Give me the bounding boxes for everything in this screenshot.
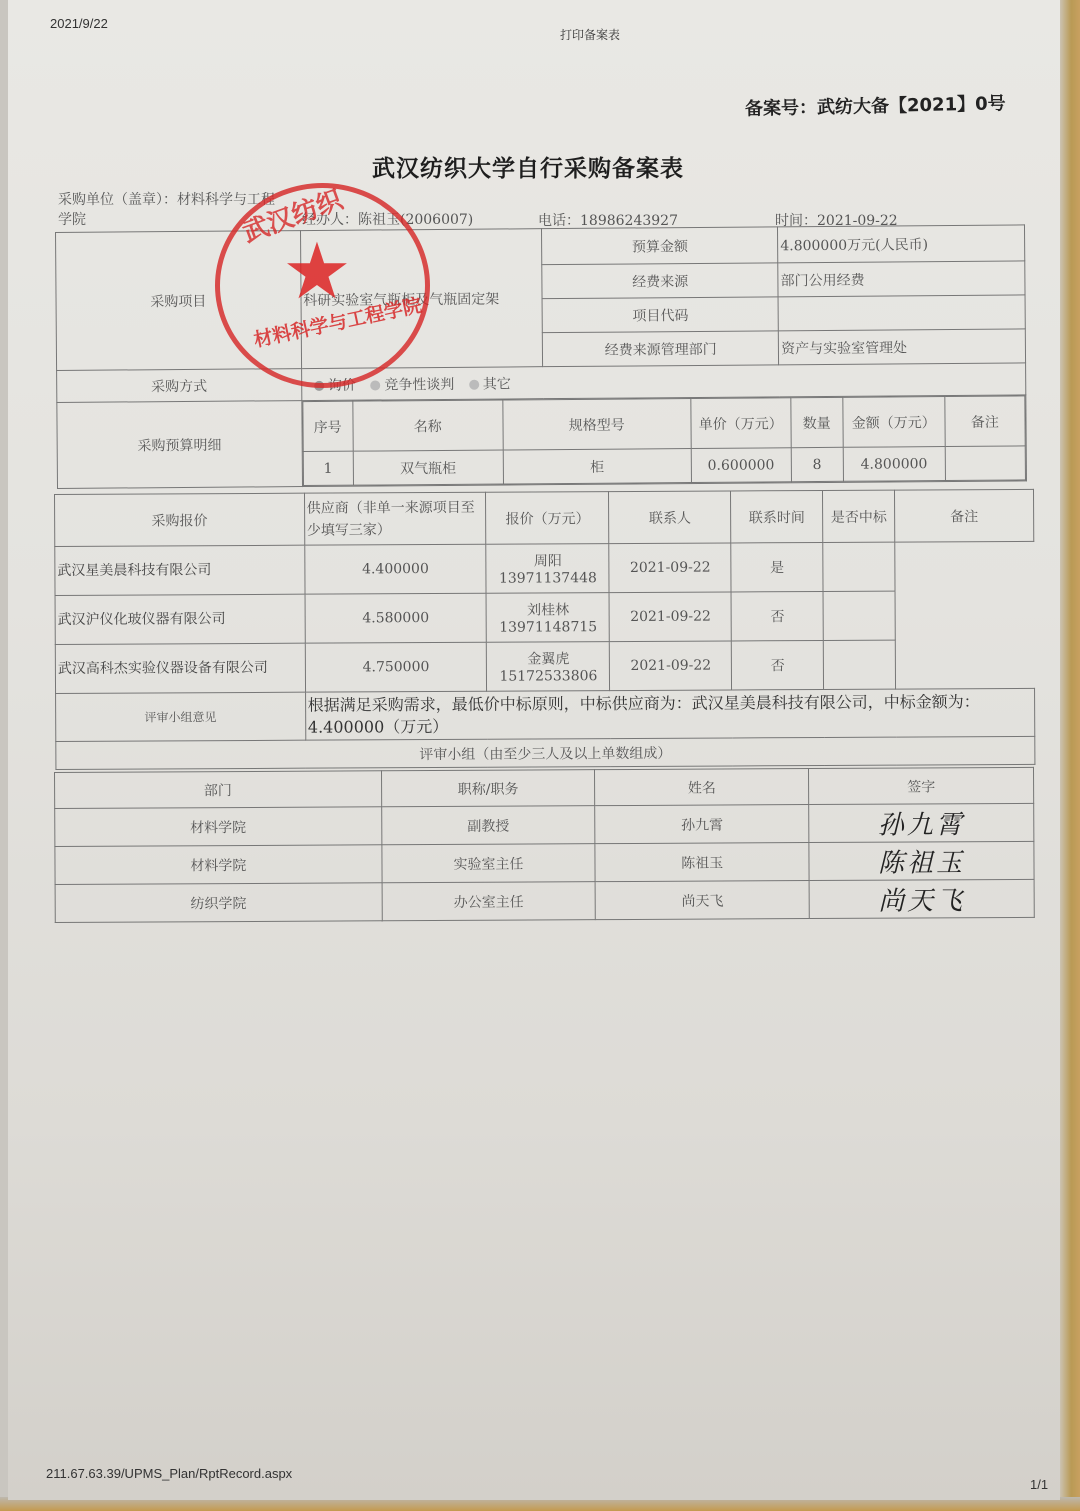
contact-phone: 15172533806 — [489, 668, 607, 685]
supplier-name: 武汉高科杰实验仪器设备有限公司 — [55, 643, 305, 693]
quote-price: 4.400000 — [304, 544, 486, 594]
budget-header: 名称 — [353, 400, 503, 451]
winner-flag: 是 — [731, 542, 823, 591]
quote-row: 武汉沪仪化玻仪器有限公司4.580000刘桂林139711487152021-0… — [55, 590, 1034, 644]
contact-date: 2021-09-22 — [609, 592, 731, 642]
budget-row: 1双气瓶柜柜0.60000084.800000 — [303, 446, 1026, 486]
desk-edge — [1058, 0, 1080, 1511]
panel-title-cell: 实验室主任 — [382, 844, 596, 883]
budget-cell: 柜 — [503, 449, 691, 484]
quote-price: 4.580000 — [305, 593, 487, 643]
file-number: 备案号：武纺大备【2021】0号 — [745, 89, 1006, 120]
radio-label: 其它 — [483, 376, 511, 392]
field-value: 部门公用经费 — [778, 261, 1025, 297]
budget-cell: 双气瓶柜 — [353, 450, 503, 485]
radio-inquiry[interactable] — [314, 380, 324, 390]
panel-header: 姓名 — [595, 769, 809, 806]
quote-header: 联系人 — [609, 491, 731, 544]
quote-header: 是否中标 — [823, 490, 895, 542]
panel-name: 尚天飞 — [596, 881, 810, 920]
field-value — [778, 295, 1025, 331]
signature: 陈祖玉 — [809, 841, 1034, 880]
contact-phone: 13971137448 — [489, 570, 607, 587]
radio-label: 竞争性谈判 — [384, 376, 454, 393]
page-number: 1/1 — [1030, 1477, 1048, 1492]
handler: 经办人：陈祖玉(2006007) — [302, 209, 473, 229]
panel-row: 材料学院副教授孙九霄孙九霄 — [55, 803, 1034, 846]
opinion-text: 根据满足采购需求，最低价中标原则，中标供应商为：武汉星美晨科技有限公司，中标金额… — [305, 688, 1035, 740]
budget-cell: 4.800000 — [843, 447, 945, 482]
budget-cell — [945, 446, 1026, 481]
panel-title: 评审小组（由至少三人及以上单数组成） — [56, 736, 1035, 769]
field-label: 经费来源管理部门 — [543, 331, 779, 367]
radio-label: 询价 — [328, 377, 356, 393]
contact-name: 刘桂林 — [489, 599, 607, 620]
field-label: 经费来源 — [542, 263, 778, 299]
signature: 尚天飞 — [809, 879, 1034, 918]
contact-date: 2021-09-22 — [610, 641, 732, 691]
quotes-label: 采购报价 — [55, 493, 305, 546]
contact-phone: 13971148715 — [489, 619, 607, 636]
panel-dept: 材料学院 — [55, 845, 382, 885]
contact: 刘桂林13971148715 — [487, 593, 610, 643]
panel-name: 孙九霄 — [595, 805, 809, 844]
print-date: 2021/9/22 — [50, 16, 108, 31]
quote-review-table: 采购报价 供应商（非单一来源项目至少填写三家）报价（万元）联系人联系时间是否中标… — [54, 489, 1035, 770]
quote-header: 报价（万元） — [486, 492, 609, 545]
contact: 金翼虎15172533806 — [487, 642, 610, 692]
method-label: 采购方式 — [57, 369, 302, 403]
print-page-title: 打印备案表 — [560, 26, 620, 43]
procurement-unit: 采购单位（盖章）：材料科学与工程学院 — [58, 190, 288, 230]
field-label: 预算金额 — [542, 227, 778, 265]
quote-header: 联系时间 — [731, 490, 823, 542]
quote-row: 武汉星美晨科技有限公司4.400000周阳139711374482021-09-… — [55, 541, 1034, 595]
budget-header: 金额（万元） — [842, 397, 944, 448]
budget-header: 序号 — [303, 401, 353, 451]
radio-other[interactable] — [469, 379, 479, 389]
panel-row: 材料学院实验室主任陈祖玉陈祖玉 — [55, 841, 1034, 884]
project-table: 采购项目 科研实验室气瓶柜及气瓶固定架 预算金额 4.800000万元(人民币)… — [55, 224, 1027, 489]
budget-header: 规格型号 — [503, 399, 691, 450]
budget-cell: 0.600000 — [691, 448, 791, 483]
radio-negotiation[interactable] — [370, 380, 380, 390]
panel-title-cell: 副教授 — [381, 806, 595, 845]
panel-name: 陈祖玉 — [595, 843, 809, 882]
winner-flag: 否 — [731, 591, 823, 640]
panel-header: 签字 — [809, 767, 1034, 804]
project-name: 科研实验室气瓶柜及气瓶固定架 — [300, 229, 543, 369]
quote-note — [823, 640, 895, 689]
field-value: 资产与实验室管理处 — [778, 329, 1025, 365]
field-label: 项目代码 — [542, 297, 778, 333]
quote-header: 备注 — [895, 489, 1034, 542]
contact-name: 金翼虎 — [489, 648, 607, 669]
project-label: 采购项目 — [56, 231, 302, 371]
contact: 周阳13971137448 — [486, 544, 609, 594]
field-value: 4.800000万元(人民币) — [778, 225, 1025, 263]
quote-note — [823, 591, 895, 640]
print-url: 211.67.63.39/UPMS_Plan/RptRecord.aspx — [46, 1466, 292, 1481]
quote-note — [823, 542, 895, 591]
panel-header: 职称/职务 — [381, 770, 595, 807]
budget-header: 数量 — [790, 397, 842, 447]
budget-table: 序号名称规格型号单价（万元）数量金额（万元）备注 1双气瓶柜柜0.6000008… — [302, 395, 1026, 486]
budget-label: 采购预算明细 — [57, 401, 302, 489]
document-title: 武汉纺织大学自行采购备案表 — [372, 150, 684, 183]
winner-flag: 否 — [732, 640, 824, 689]
panel-table: 部门职称/职务姓名签字 材料学院副教授孙九霄孙九霄材料学院实验室主任陈祖玉陈祖玉… — [54, 767, 1035, 923]
budget-cell: 8 — [791, 447, 843, 481]
supplier-name: 武汉星美晨科技有限公司 — [55, 545, 305, 595]
signature: 孙九霄 — [809, 803, 1034, 842]
supplier-name: 武汉沪仪化玻仪器有限公司 — [55, 594, 305, 644]
quote-price: 4.750000 — [305, 642, 487, 692]
opinion-label: 评审小组意见 — [56, 692, 306, 741]
budget-header: 备注 — [944, 396, 1025, 447]
budget-cell: 1 — [303, 451, 353, 485]
contact-name: 周阳 — [489, 550, 607, 571]
budget-header: 单价（万元） — [690, 398, 790, 449]
quote-row: 武汉高科杰实验仪器设备有限公司4.750000金翼虎15172533806202… — [55, 639, 1034, 693]
panel-dept: 纺织学院 — [55, 883, 382, 923]
panel-header: 部门 — [55, 771, 382, 809]
panel-dept: 材料学院 — [55, 807, 382, 847]
panel-row: 纺织学院办公室主任尚天飞尚天飞 — [55, 879, 1034, 922]
panel-title-cell: 办公室主任 — [382, 882, 596, 921]
contact-date: 2021-09-22 — [609, 543, 731, 593]
quote-header: 供应商（非单一来源项目至少填写三家） — [304, 492, 486, 545]
